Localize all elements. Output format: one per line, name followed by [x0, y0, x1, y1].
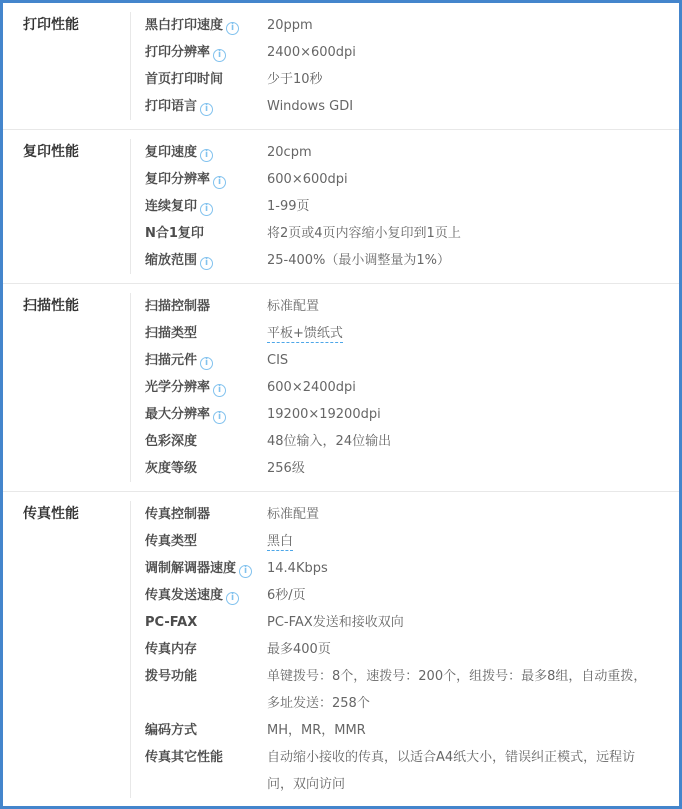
- spec-value: 19200×19200dpi: [267, 401, 679, 428]
- spec-row: 传真发送速度i 6秒/页: [145, 582, 679, 609]
- info-icon[interactable]: i: [200, 357, 213, 370]
- spec-label: 传真内存: [145, 636, 267, 663]
- spec-value: 最多400页: [267, 636, 679, 663]
- spec-label-text: 调制解调器速度: [145, 561, 236, 576]
- spec-label: 黑白打印速度i: [145, 12, 267, 39]
- section-title-column: 扫描性能: [3, 293, 131, 482]
- spec-label-text: 传真其它性能: [145, 750, 223, 765]
- spec-value: 20cpm: [267, 139, 679, 166]
- section-title-column: 打印性能: [3, 12, 131, 120]
- spec-label: 传真类型: [145, 528, 267, 555]
- spec-label: 拨号功能: [145, 663, 267, 690]
- spec-value: 标准配置: [267, 293, 679, 320]
- spec-label-text: PC-FAX: [145, 615, 197, 630]
- section-title-column: 传真性能: [3, 501, 131, 798]
- spec-label-text: 传真类型: [145, 534, 197, 549]
- spec-row: N合1复印 将2页或4页内容缩小复印到1页上: [145, 220, 679, 247]
- spec-row: 调制解调器速度i 14.4Kbps: [145, 555, 679, 582]
- spec-row: 打印语言i Windows GDI: [145, 93, 679, 120]
- spec-label: 灰度等级: [145, 455, 267, 482]
- spec-label: 传真其它性能: [145, 744, 267, 771]
- spec-value: 600×2400dpi: [267, 374, 679, 401]
- spec-label: PC-FAX: [145, 609, 267, 636]
- spec-section-2: 扫描性能 扫描控制器 标准配置 扫描类型 平板+馈纸式 扫描元件i CIS 光学…: [3, 284, 679, 492]
- spec-row: 打印分辨率i 2400×600dpi: [145, 39, 679, 66]
- spec-label-text: 打印语言: [145, 99, 197, 114]
- section-title: 打印性能: [23, 12, 130, 39]
- spec-label-text: 复印分辨率: [145, 172, 210, 187]
- info-icon[interactable]: i: [226, 592, 239, 605]
- spec-label: 复印速度i: [145, 139, 267, 166]
- spec-row: 传真其它性能 自动缩小接收的传真，以适合A4纸大小，错误纠正模式，远程访问，双向…: [145, 744, 679, 798]
- section-rows-column: 扫描控制器 标准配置 扫描类型 平板+馈纸式 扫描元件i CIS 光学分辨率i …: [131, 293, 679, 482]
- section-rows-column: 复印速度i 20cpm 复印分辨率i 600×600dpi 连续复印i 1-99…: [131, 139, 679, 274]
- spec-value: 少于10秒: [267, 66, 679, 93]
- spec-row: 编码方式 MH，MR，MMR: [145, 717, 679, 744]
- spec-label: 缩放范围i: [145, 247, 267, 274]
- spec-value-tooltip-link[interactable]: 平板+馈纸式: [267, 326, 343, 343]
- spec-label: N合1复印: [145, 220, 267, 247]
- spec-label-text: 扫描类型: [145, 326, 197, 341]
- spec-section-0: 打印性能 黑白打印速度i 20ppm 打印分辨率i 2400×600dpi 首页…: [3, 3, 679, 130]
- spec-label: 光学分辨率i: [145, 374, 267, 401]
- spec-row: 拨号功能 单键拨号：8个，速拨号：200个，组拨号：最多8组，自动重拨，多址发送…: [145, 663, 679, 717]
- spec-label: 传真发送速度i: [145, 582, 267, 609]
- spec-row: 传真控制器 标准配置: [145, 501, 679, 528]
- spec-label: 打印分辨率i: [145, 39, 267, 66]
- spec-value: PC-FAX发送和接收双向: [267, 609, 679, 636]
- spec-label: 传真控制器: [145, 501, 267, 528]
- spec-row: 缩放范围i 25-400%（最小调整量为1%）: [145, 247, 679, 274]
- info-icon[interactable]: i: [213, 49, 226, 62]
- spec-value: 平板+馈纸式: [267, 320, 679, 347]
- spec-label-text: 编码方式: [145, 723, 197, 738]
- spec-value-tooltip-link[interactable]: 黑白: [267, 534, 293, 551]
- spec-label-text: 传真控制器: [145, 507, 210, 522]
- section-rows-column: 传真控制器 标准配置 传真类型 黑白 调制解调器速度i 14.4Kbps 传真发…: [131, 501, 679, 798]
- spec-value: 将2页或4页内容缩小复印到1页上: [267, 220, 679, 247]
- spec-section-3: 传真性能 传真控制器 标准配置 传真类型 黑白 调制解调器速度i 14.4Kbp…: [3, 492, 679, 807]
- spec-value: 自动缩小接收的传真，以适合A4纸大小，错误纠正模式，远程访问，双向访问: [267, 744, 679, 798]
- spec-row: 扫描控制器 标准配置: [145, 293, 679, 320]
- info-icon[interactable]: i: [200, 103, 213, 116]
- spec-label-text: N合1复印: [145, 226, 204, 241]
- spec-label-text: 光学分辨率: [145, 380, 210, 395]
- spec-label-text: 复印速度: [145, 145, 197, 160]
- spec-label-text: 色彩深度: [145, 434, 197, 449]
- spec-row: 复印分辨率i 600×600dpi: [145, 166, 679, 193]
- spec-label: 编码方式: [145, 717, 267, 744]
- printer-spec-table: 打印性能 黑白打印速度i 20ppm 打印分辨率i 2400×600dpi 首页…: [0, 0, 682, 809]
- spec-label: 色彩深度: [145, 428, 267, 455]
- spec-row: 复印速度i 20cpm: [145, 139, 679, 166]
- spec-row: 色彩深度 48位输入，24位输出: [145, 428, 679, 455]
- spec-value: 1-99页: [267, 193, 679, 220]
- spec-value: 单键拨号：8个，速拨号：200个，组拨号：最多8组，自动重拨，多址发送：258个: [267, 663, 679, 717]
- spec-row: 灰度等级 256级: [145, 455, 679, 482]
- spec-row: 最大分辨率i 19200×19200dpi: [145, 401, 679, 428]
- spec-value: 48位输入，24位输出: [267, 428, 679, 455]
- spec-row: 传真内存 最多400页: [145, 636, 679, 663]
- spec-value: CIS: [267, 347, 679, 374]
- spec-label-text: 传真发送速度: [145, 588, 223, 603]
- spec-label-text: 扫描控制器: [145, 299, 210, 314]
- section-title: 传真性能: [23, 501, 130, 528]
- spec-value: 256级: [267, 455, 679, 482]
- spec-value: 标准配置: [267, 501, 679, 528]
- info-icon[interactable]: i: [213, 176, 226, 189]
- spec-row: 连续复印i 1-99页: [145, 193, 679, 220]
- spec-label-text: 黑白打印速度: [145, 18, 223, 33]
- spec-value: 6秒/页: [267, 582, 679, 609]
- section-title: 复印性能: [23, 139, 130, 166]
- section-title-column: 复印性能: [3, 139, 131, 274]
- spec-row: 传真类型 黑白: [145, 528, 679, 555]
- spec-section-1: 复印性能 复印速度i 20cpm 复印分辨率i 600×600dpi 连续复印i…: [3, 130, 679, 284]
- spec-value: 20ppm: [267, 12, 679, 39]
- spec-label: 调制解调器速度i: [145, 555, 267, 582]
- spec-label: 扫描控制器: [145, 293, 267, 320]
- spec-label-text: 扫描元件: [145, 353, 197, 368]
- spec-row: 光学分辨率i 600×2400dpi: [145, 374, 679, 401]
- spec-label-text: 首页打印时间: [145, 72, 223, 87]
- info-icon[interactable]: i: [226, 22, 239, 35]
- spec-label-text: 连续复印: [145, 199, 197, 214]
- spec-label-text: 传真内存: [145, 642, 197, 657]
- spec-row: 黑白打印速度i 20ppm: [145, 12, 679, 39]
- spec-label-text: 灰度等级: [145, 461, 197, 476]
- spec-label: 复印分辨率i: [145, 166, 267, 193]
- spec-row: 扫描元件i CIS: [145, 347, 679, 374]
- info-icon[interactable]: i: [200, 149, 213, 162]
- info-icon[interactable]: i: [200, 203, 213, 216]
- spec-value: 2400×600dpi: [267, 39, 679, 66]
- info-icon[interactable]: i: [213, 411, 226, 424]
- info-icon[interactable]: i: [213, 384, 226, 397]
- spec-row: PC-FAX PC-FAX发送和接收双向: [145, 609, 679, 636]
- spec-label: 扫描类型: [145, 320, 267, 347]
- spec-label-text: 拨号功能: [145, 669, 197, 684]
- spec-label: 最大分辨率i: [145, 401, 267, 428]
- info-icon[interactable]: i: [200, 257, 213, 270]
- spec-value: 黑白: [267, 528, 679, 555]
- spec-value: MH，MR，MMR: [267, 717, 679, 744]
- spec-label: 打印语言i: [145, 93, 267, 120]
- spec-label: 扫描元件i: [145, 347, 267, 374]
- spec-label-text: 最大分辨率: [145, 407, 210, 422]
- spec-row: 扫描类型 平板+馈纸式: [145, 320, 679, 347]
- spec-value: 14.4Kbps: [267, 555, 679, 582]
- spec-value: 25-400%（最小调整量为1%）: [267, 247, 679, 274]
- section-title: 扫描性能: [23, 293, 130, 320]
- spec-label: 连续复印i: [145, 193, 267, 220]
- spec-value: Windows GDI: [267, 93, 679, 120]
- spec-value: 600×600dpi: [267, 166, 679, 193]
- spec-label: 首页打印时间: [145, 66, 267, 93]
- spec-row: 首页打印时间 少于10秒: [145, 66, 679, 93]
- section-rows-column: 黑白打印速度i 20ppm 打印分辨率i 2400×600dpi 首页打印时间 …: [131, 12, 679, 120]
- spec-label-text: 缩放范围: [145, 253, 197, 268]
- info-icon[interactable]: i: [239, 565, 252, 578]
- spec-label-text: 打印分辨率: [145, 45, 210, 60]
